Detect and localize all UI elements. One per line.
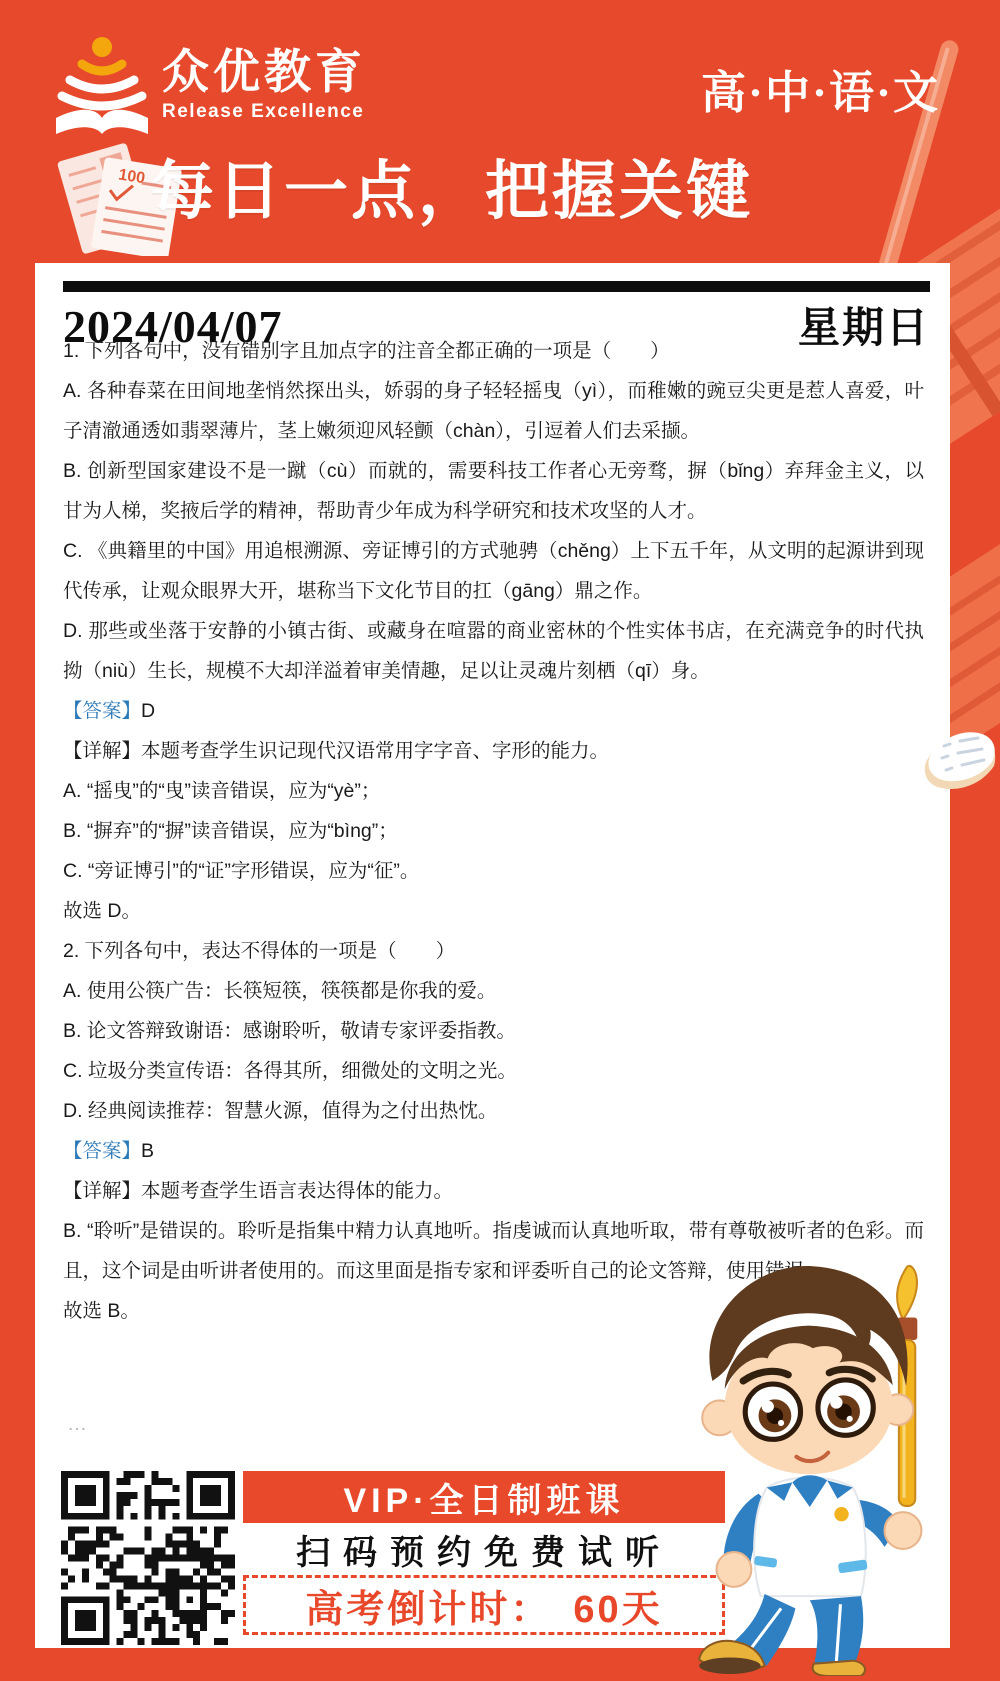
- q1-point-a: A. “摇曳”的“曳”读音错误，应为“yè”；: [63, 771, 924, 811]
- scan-cta: 扫码预约免费试听: [243, 1525, 725, 1573]
- q1-stem: 1. 下列各句中，没有错别字且加点字的注音全都正确的一项是（ ）: [63, 331, 924, 371]
- brand-name: 众优教育: [162, 46, 366, 98]
- brand-logo-icon: [52, 34, 152, 136]
- q1-explain-line: 【详解】本题考查学生识记现代汉语常用字字音、字形的能力。: [63, 731, 924, 771]
- brush-icon: [897, 1266, 917, 1506]
- vip-banner: VIP·全日制班课: [243, 1471, 725, 1523]
- q1-option-b: B. 创新型国家建设不是一蹴（cù）而就的，需要科技工作者心无旁骛，摒（bǐng…: [63, 451, 924, 531]
- q1-point-c: C. “旁证博引”的“证”字形错误，应为“征”。: [63, 851, 924, 891]
- q2-option-b: B. 论文答辩致谢语：感谢聆听，敬请专家评委指教。: [63, 1011, 924, 1051]
- q2-answer-value: B: [141, 1140, 154, 1162]
- q1-answer-label: 【答案】: [63, 700, 141, 722]
- q2-answer-label: 【答案】: [63, 1140, 141, 1162]
- q1-option-d: D. 那些或坐落于安静的小镇古街、或藏身在喧嚣的商业密林的个性实体书店，在充满竞…: [63, 611, 924, 691]
- q1-explain-label: 【详解】: [63, 740, 141, 762]
- q1-explain-text: 本题考查学生识记现代汉语常用字字音、字形的能力。: [141, 740, 609, 762]
- brand-tagline: Release Excellence: [162, 101, 366, 123]
- q1-option-c: C. 《典籍里的中国》用追根溯源、旁证博引的方式驰骋（chěng）上下五千年，从…: [63, 531, 924, 611]
- exam-content: 1. 下列各句中，没有错别字且加点字的注音全都正确的一项是（ ） A. 各种春菜…: [63, 331, 924, 1331]
- brand-block: 众优教育 Release Excellence: [162, 46, 366, 123]
- paper-curl-decoration: [920, 704, 1000, 802]
- countdown-label: 高考倒计时：: [305, 1578, 551, 1633]
- top-rule: [63, 281, 930, 292]
- page-title: 每日一点，把握关键: [150, 140, 753, 232]
- q1-point-b: B. “摒弃”的“摒”读音错误，应为“bìng”；: [63, 811, 924, 851]
- qr-code: [61, 1471, 235, 1645]
- q2-stem: 2. 下列各句中，表达不得体的一项是（ ）: [63, 931, 924, 971]
- q2-option-a: A. 使用公筷广告：长筷短筷，筷筷都是你我的爱。: [63, 971, 924, 1011]
- countdown-box: 高考倒计时：60天: [243, 1575, 725, 1635]
- poster-page: 众优教育 Release Excellence 高·中·语·文 100 每日一点…: [0, 0, 1000, 1681]
- q1-option-a: A. 各种春菜在田间地垄悄然探出头，娇弱的身子轻轻摇曳（yì），而稚嫩的豌豆尖更…: [63, 371, 924, 451]
- q1-answer-value: D: [141, 700, 155, 722]
- mascot-illustration: [686, 1256, 954, 1676]
- subject-label: 高·中·语·文: [600, 56, 940, 121]
- q1-conclusion: 故选 D。: [63, 891, 924, 931]
- q1-answer-line: 【答案】D: [63, 691, 924, 731]
- q2-answer-line: 【答案】B: [63, 1131, 924, 1171]
- q2-explain-text: 本题考查学生语言表达得体的能力。: [141, 1180, 453, 1202]
- q2-explain-label: 【详解】: [63, 1180, 141, 1202]
- truncation-ellipsis: …: [67, 1413, 89, 1436]
- q2-option-d: D. 经典阅读推荐：智慧火源，值得为之付出热忱。: [63, 1091, 924, 1131]
- countdown-value: 60天: [573, 1578, 662, 1633]
- q2-option-c: C. 垃圾分类宣传语：各得其所，细微处的文明之光。: [63, 1051, 924, 1091]
- q2-explain-line: 【详解】本题考查学生语言表达得体的能力。: [63, 1171, 924, 1211]
